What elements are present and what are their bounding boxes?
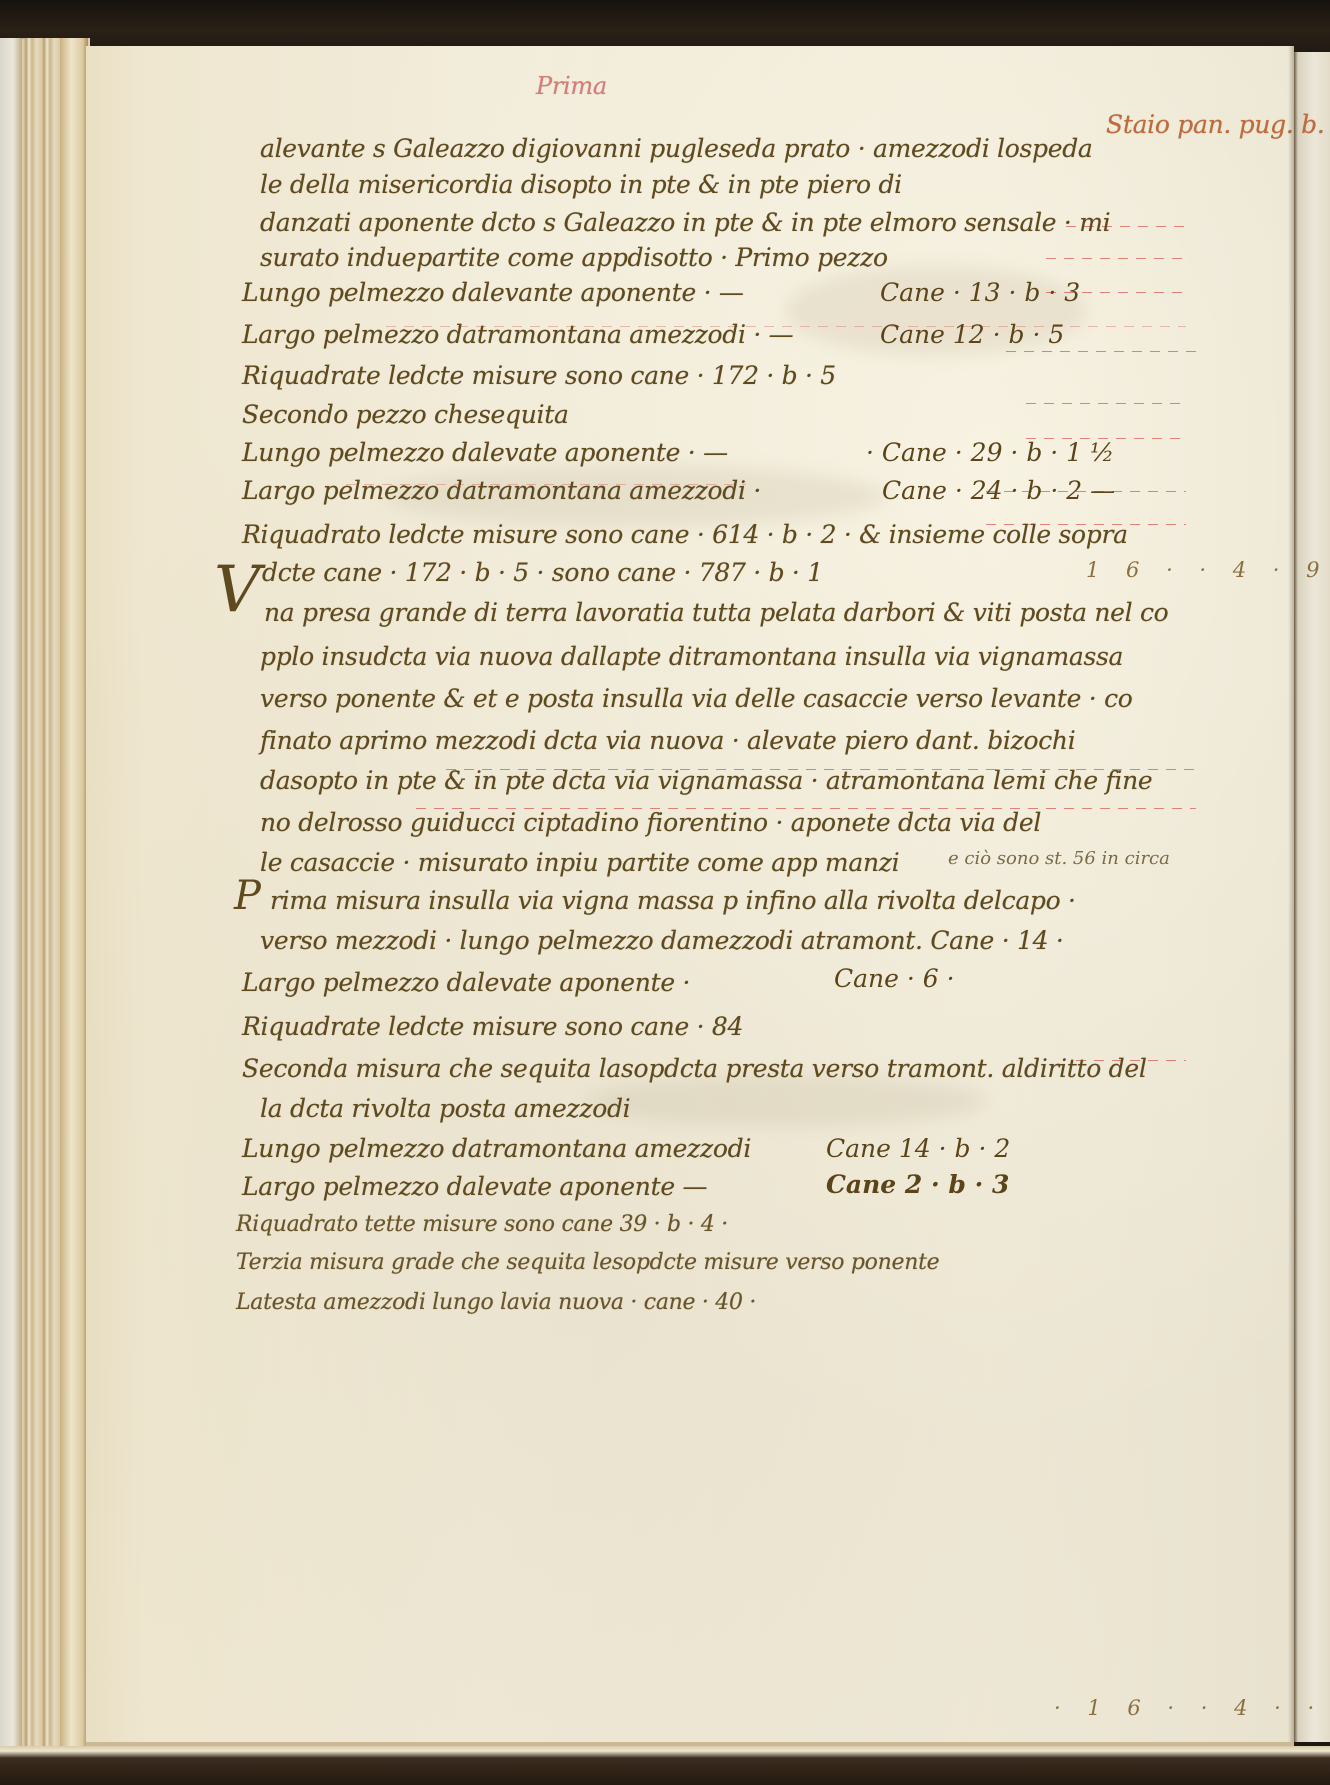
text-line: Riquadrato tette misure sono cane 39 · b… — [236, 1212, 728, 1237]
ruling-line — [1026, 403, 1186, 404]
margin-sum-upper: 1 6 · · 4 · 9 · 6 — [1086, 558, 1330, 582]
text-line: na presa grande di terra lavoratia tutta… — [264, 598, 1168, 627]
text-line: pplo insudcta via nuova dallapte ditramo… — [260, 642, 1123, 671]
initial-letter: V — [214, 558, 260, 622]
stain — [586, 1076, 986, 1126]
ruling-line — [1046, 258, 1186, 259]
text-line: dcte cane · 172 · b · 5 · sono cane · 78… — [262, 558, 823, 587]
cane-value: Cane · 13 · b · 3 — [880, 278, 1080, 307]
margin-sum-lower: · 1 6 · · 4 · · 9 · 6 — [1054, 1696, 1330, 1720]
text-line: le della misericordia disopto in pte & i… — [260, 170, 902, 199]
text-line: Secondo pezzo chesequita — [242, 400, 569, 429]
text-line: Lungo pelmezzo dalevate aponente · — — [242, 438, 728, 467]
text-line: Largo pelmezzo datramontana amezzodi · — — [242, 320, 793, 349]
text-line: finato aprimo mezzodi dcta via nuova · a… — [260, 726, 1075, 755]
text-line: alevante s Galeazzo digiovanni pugleseda… — [260, 134, 1093, 163]
cane-value: Cane · 6 · — [834, 964, 955, 993]
text-line: Seconda misura che sequita lasopdcta pre… — [242, 1054, 1147, 1083]
text-line: no delrosso guiducci ciptadino fiorentin… — [260, 808, 1041, 837]
cane-value: Cane 14 · b · 2 — [826, 1134, 1010, 1163]
text-line: verso ponente & et e posta insulla via d… — [260, 684, 1133, 713]
cane-value: Cane 12 · b · 5 — [880, 320, 1064, 349]
margin-note-red: Staio pan. pug. b. — [1106, 110, 1325, 139]
text-line: dasopto in pte & in pte dcta via vignama… — [260, 766, 1152, 795]
text-line: Latesta amezzodi lungo lavia nuova · can… — [236, 1290, 756, 1315]
text-line: Lungo pelmezzo dalevante aponente · — — [242, 278, 744, 307]
text-line: surato induepartite come appdisotto · Pr… — [260, 243, 888, 272]
text-line: la dcta rivolta posta amezzodi — [260, 1094, 630, 1123]
cane-value: Cane 2 · b · 3 — [826, 1170, 1009, 1199]
text-line: Lungo pelmezzo datramontana amezzodi — [242, 1134, 751, 1163]
manuscript-scene: Prima Staio pan. pug. b. alevante s Gale… — [0, 0, 1330, 1785]
cane-value: Cane · 24 · b · 2 — — [882, 476, 1115, 505]
ruling-line — [1006, 351, 1196, 352]
cane-value: · Cane · 29 · b · 1 ½ — [866, 438, 1114, 467]
initial-letter-p: P — [234, 876, 261, 916]
heading-red: Prima — [536, 72, 607, 100]
text-line: le casaccie · misurato inpiu partite com… — [260, 848, 899, 877]
text-line: Largo pelmezzo dalevate aponente — — [242, 1172, 707, 1201]
text-line: danzati aponente dcto s Galeazzo in pte … — [260, 208, 1110, 237]
text-line: Largo pelmezzo dalevate aponente · — [242, 968, 690, 997]
text-line: verso mezzodi · lungo pelmezzo damezzodi… — [260, 926, 1064, 955]
book-bottom-edge — [0, 1746, 1330, 1785]
book-leaf-edges — [0, 38, 90, 1785]
text-line: Largo pelmezzo datramontana amezzodi · — [242, 476, 761, 505]
next-page-edge — [1294, 52, 1330, 1742]
text-line: Terzia misura grade che sequita lesopdct… — [236, 1250, 939, 1275]
text-line: Riquadrato ledcte misure sono cane · 614… — [242, 520, 1128, 549]
text-line: Riquadrate ledcte misure sono cane · 84 — [242, 1012, 743, 1041]
marginal-annotation: e ciò sono st. 56 in circa — [948, 848, 1170, 869]
text-line: Riquadrate ledcte misure sono cane · 172… — [242, 361, 836, 390]
text-line: rima misura insulla via vigna massa p in… — [270, 886, 1076, 915]
manuscript-page: Prima Staio pan. pug. b. alevante s Gale… — [86, 46, 1294, 1746]
